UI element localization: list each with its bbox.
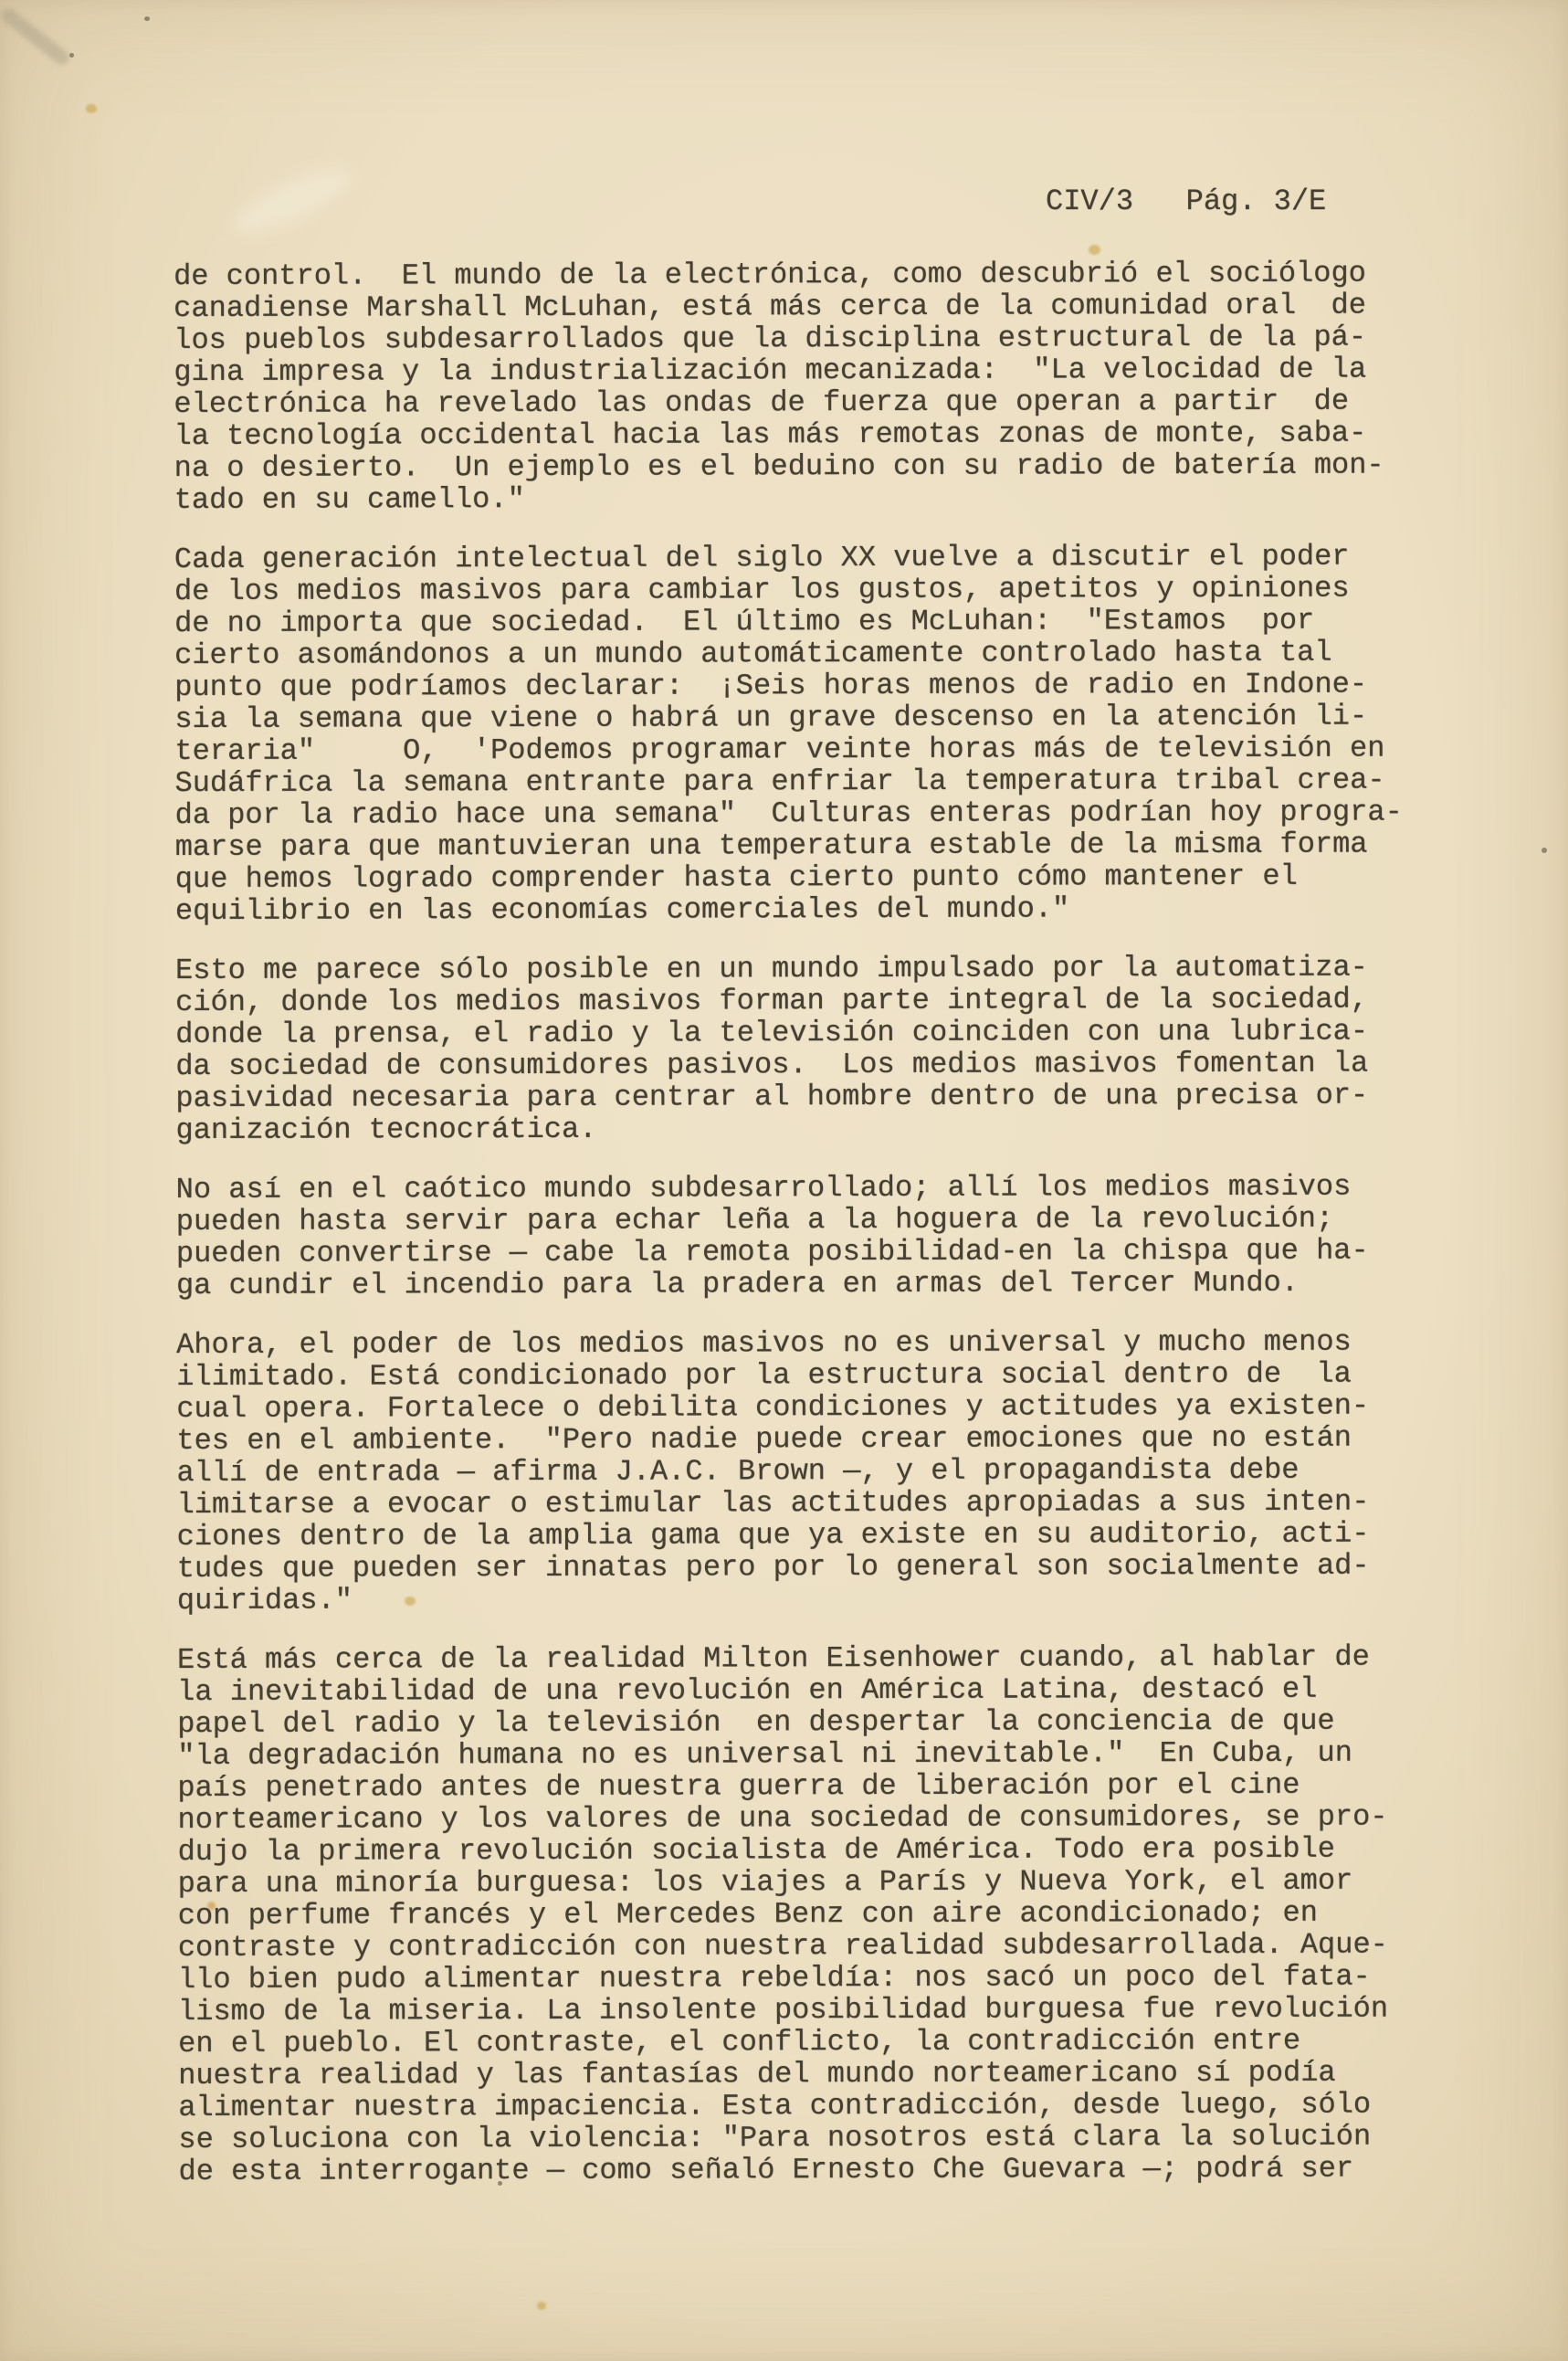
paragraph-3: Esto me parece sólo posible en un mundo … [175,951,1473,1146]
scan-smudge [0,5,72,68]
paper-fleck [69,53,74,58]
paper-light-smudge [226,157,358,244]
scanned-document-page: CIV/3 Pág. 3/E de control. El mundo de l… [0,0,1568,2361]
paper-fleck [1542,848,1547,853]
document-body: de control. El mundo de la electrónica, … [174,257,1476,2187]
paragraph-4: No así en el caótico mundo subdesarrolla… [176,1170,1473,1302]
paper-stain [86,104,97,113]
paragraph-2: Cada generación intelectual del siglo XX… [174,540,1472,927]
paper-fleck [144,16,150,21]
paragraph-5: Ahora, el poder de los medios masivos no… [176,1325,1474,1617]
paper-stain [537,2302,546,2310]
paragraph-1: de control. El mundo de la electrónica, … [174,257,1471,516]
paragraph-6: Está más cerca de la realidad Milton Eis… [177,1640,1476,2187]
paper-stain [1089,245,1100,255]
page-header: CIV/3 Pág. 3/E [1046,185,1326,217]
